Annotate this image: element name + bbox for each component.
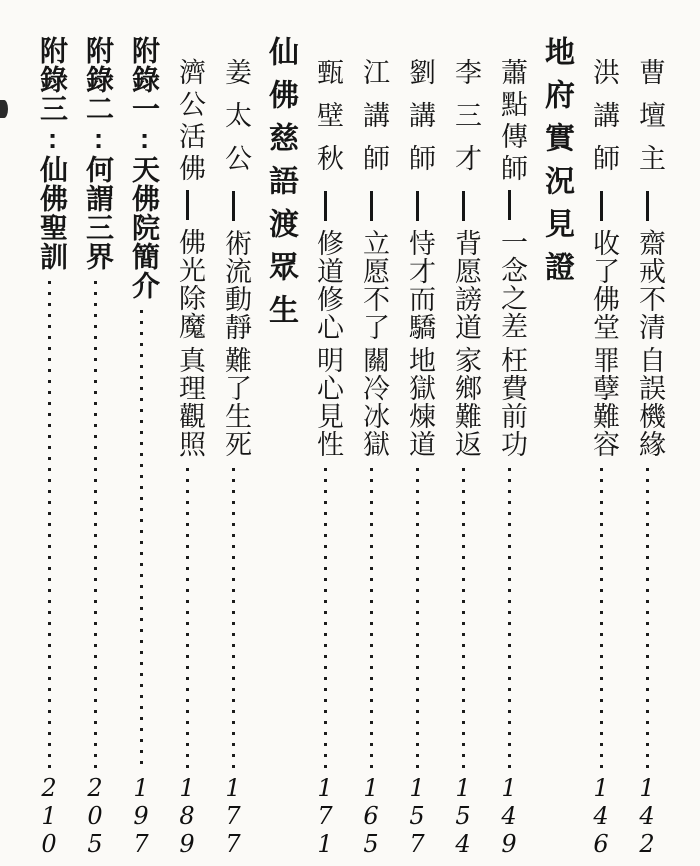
page-number: 171 (317, 774, 333, 860)
appendix-column: 附錄三:仙佛聖訓 210 (26, 36, 72, 860)
entry-name: 洪講師 (578, 58, 624, 187)
em-dash (370, 191, 373, 221)
entry-heading: 甄壁秋 修道修心 (302, 58, 348, 346)
entry-name: 劉講師 (394, 58, 440, 187)
entry-name: 姜太公 (210, 58, 256, 187)
entry-subtitle-1: 一念之差 (486, 228, 532, 340)
page-number: 157 (409, 774, 425, 860)
em-dash (462, 191, 465, 221)
page-number: 142 (639, 774, 655, 860)
page-number: 197 (133, 774, 149, 860)
em-dash (416, 191, 419, 221)
page-number: 154 (455, 774, 471, 860)
toc-entry-column: 曹壇主 齋戒不清 自誤機緣 142 (624, 36, 670, 860)
toc-entry-column: 劉講師 恃才而驕 地獄煉道 157 (394, 36, 440, 860)
page-number: 177 (225, 774, 241, 860)
appendix-title: 附錄一:天佛院簡介 (118, 36, 164, 300)
entry-subtitle-2: 家鄉難返 (440, 346, 486, 458)
dot-leader (508, 468, 511, 768)
entry-heading: 劉講師 恃才而驕 (394, 58, 440, 346)
toc-entry-column: 江講師 立愿不了 關冷冰獄 165 (348, 36, 394, 860)
toc-entry-column: 蕭點傳師 一念之差 枉費前功 149 (486, 36, 532, 860)
entry-subtitle-2: 明心見性 (302, 346, 348, 458)
entry-subtitle-1: 齋戒不清 (624, 229, 670, 341)
appendix-column: 附錄一:天佛院簡介 197 (118, 36, 164, 860)
appendix-title: 附錄二:何謂三界 (72, 36, 118, 271)
page-number: 149 (501, 774, 517, 860)
appendix-title: 附錄三:仙佛聖訓 (26, 36, 72, 271)
entry-heading: 李三才 背愿謗道 (440, 58, 486, 346)
entry-subtitle-1: 立愿不了 (348, 229, 394, 341)
entry-name: 江講師 (348, 58, 394, 187)
entry-subtitle-2: 關冷冰獄 (348, 346, 394, 458)
entry-heading: 洪講師 收了佛堂 (578, 58, 624, 346)
entry-subtitle-1: 修道修心 (302, 229, 348, 341)
entry-subtitle-1: 術流動靜 (210, 229, 256, 341)
toc-entry-column: 李三才 背愿謗道 家鄉難返 154 (440, 36, 486, 860)
em-dash (186, 190, 189, 220)
toc-page: 曹壇主 齋戒不清 自誤機緣 142 洪講師 收了佛堂 罪孽難容 146 地府實況… (0, 0, 700, 866)
page-number: 189 (179, 774, 195, 860)
entry-subtitle-2: 罪孽難容 (578, 346, 624, 458)
entry-subtitle-1: 背愿謗道 (440, 229, 486, 341)
section-header-column: 仙佛慈語渡眾生 (256, 36, 302, 860)
em-dash (646, 191, 649, 221)
dot-leader (370, 468, 373, 768)
entry-heading: 濟公活佛 佛光除魔 (164, 58, 210, 346)
entry-name: 曹壇主 (624, 58, 670, 187)
section-header-column: 地府實況見證 (532, 36, 578, 860)
page-number: 210 (41, 774, 57, 860)
em-dash (324, 191, 327, 221)
em-dash (600, 191, 603, 221)
dot-leader (416, 468, 419, 768)
entry-subtitle-1: 恃才而驕 (394, 229, 440, 341)
dot-leader (140, 310, 143, 768)
page-number: 205 (87, 774, 103, 860)
entry-heading: 蕭點傳師 一念之差 (486, 58, 532, 346)
entry-subtitle-2: 難了生死 (210, 346, 256, 458)
dot-leader (324, 468, 327, 768)
entry-subtitle-1: 收了佛堂 (578, 229, 624, 341)
appendix-column: 附錄二:何謂三界 205 (72, 36, 118, 860)
entry-subtitle-1: 佛光除魔 (164, 228, 210, 340)
dot-leader (48, 281, 51, 768)
dot-leader (94, 281, 97, 768)
entry-name: 甄壁秋 (302, 58, 348, 187)
em-dash (232, 191, 235, 221)
section-title: 地府實況見證 (532, 36, 578, 294)
page-number: 146 (593, 774, 609, 860)
dot-leader (462, 468, 465, 768)
entry-name: 蕭點傳師 (486, 58, 532, 186)
dot-leader (232, 468, 235, 768)
toc-entry-column: 濟公活佛 佛光除魔 真理觀照 189 (164, 36, 210, 860)
toc-entry-column: 洪講師 收了佛堂 罪孽難容 146 (578, 36, 624, 860)
toc-entry-column: 姜太公 術流動靜 難了生死 177 (210, 36, 256, 860)
entry-heading: 江講師 立愿不了 (348, 58, 394, 346)
page-number: 165 (363, 774, 379, 860)
dot-leader (186, 468, 189, 768)
em-dash (508, 190, 511, 220)
dot-leader (646, 468, 649, 768)
toc-entry-column: 甄壁秋 修道修心 明心見性 171 (302, 36, 348, 860)
entry-heading: 姜太公 術流動靜 (210, 58, 256, 346)
entry-subtitle-2: 真理觀照 (164, 346, 210, 458)
scan-artifact (0, 100, 8, 118)
entry-name: 濟公活佛 (164, 58, 210, 186)
dot-leader (600, 468, 603, 768)
entry-subtitle-2: 枉費前功 (486, 346, 532, 458)
entry-subtitle-2: 地獄煉道 (394, 346, 440, 458)
entry-heading: 曹壇主 齋戒不清 (624, 58, 670, 346)
entry-name: 李三才 (440, 58, 486, 187)
section-title: 仙佛慈語渡眾生 (256, 36, 302, 337)
entry-subtitle-2: 自誤機緣 (624, 346, 670, 458)
